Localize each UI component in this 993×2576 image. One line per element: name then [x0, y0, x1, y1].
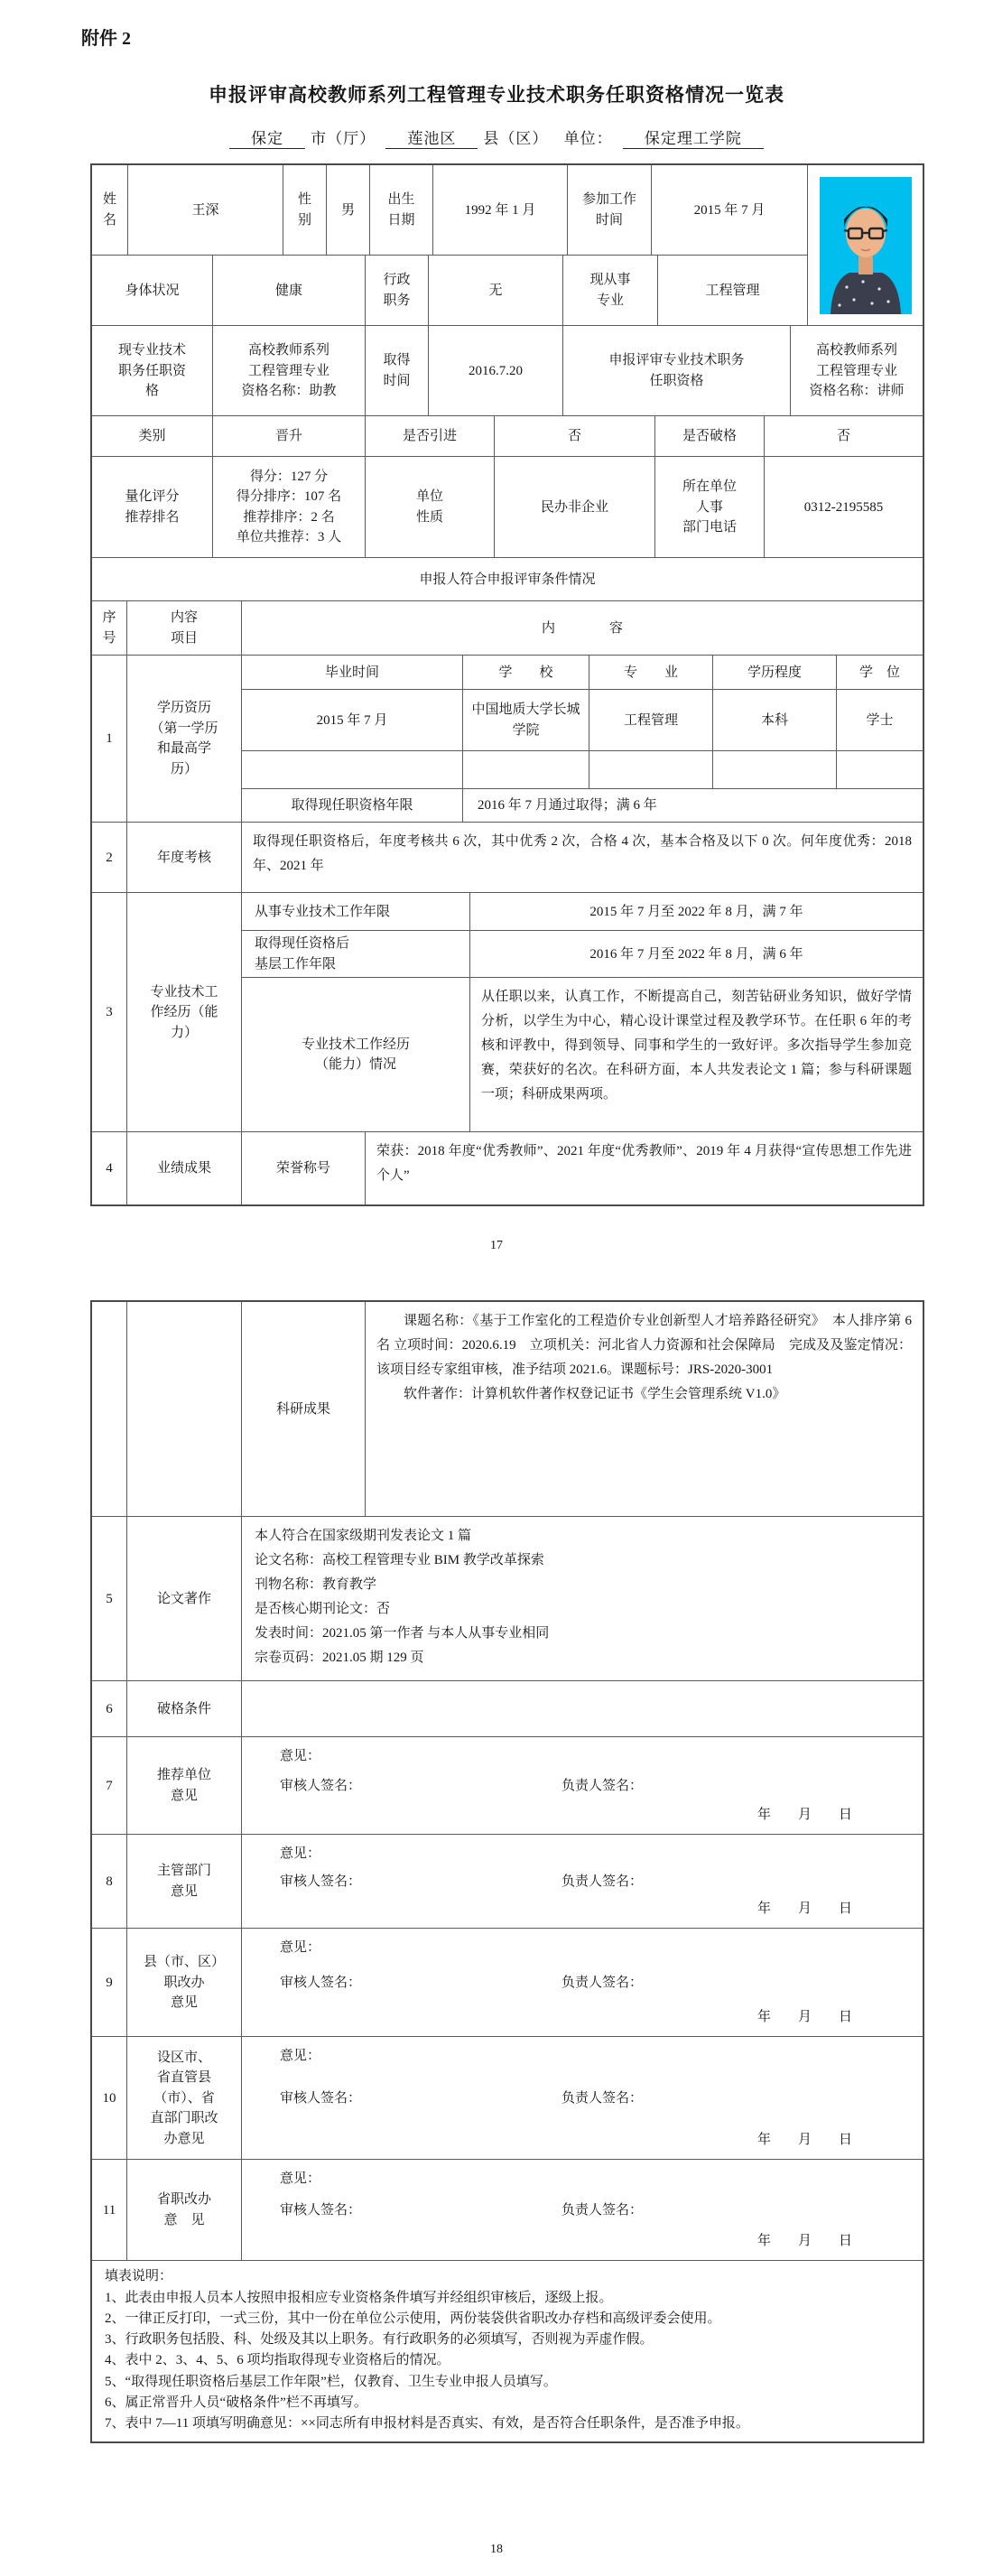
paper-line: 宗卷页码：2021.05 期 129 页 [255, 1646, 912, 1670]
unit-type-label: 单位 性质 [366, 457, 495, 558]
reviewer-signature-label: 审核人签名： [280, 2200, 561, 2221]
row-opinion-8: 8 主管部门 意见 意见： 审核人签名： 负责人签名： 年 月 日 [92, 1835, 923, 1929]
notes-item: 5、“取得现任职资格后基层工作年限”栏，仅教育、卫生专业申报人员填写。 [105, 2372, 910, 2393]
row4-label: 业绩成果 [127, 1132, 242, 1204]
row-papers: 5 论文著作 本人符合在国家级期刊发表论文 1 篇 论文名称：高校工程管理专业 … [92, 1517, 923, 1681]
admin-post-label: 行政 职务 [366, 256, 429, 326]
signature-line: 审核人签名： 负责人签名： [255, 1776, 910, 1797]
region-county: 莲池区 [385, 129, 478, 149]
identity-block: 姓 名 王深 性 别 男 出生 日期 1992 年 1 月 参加 [92, 165, 923, 326]
import-value: 否 [495, 416, 655, 457]
join-label: 参加工作 时间 [568, 165, 652, 256]
conditions-header-row: 申报人符合申报评审条件情况 [92, 558, 923, 601]
notes-block: 填表说明： 1、此表由申报人员本人按照申报相应专业资格条件填写并经组织审核后，逐… [92, 2261, 923, 2441]
edu-empty-cell [242, 751, 463, 789]
opinion9-content: 意见： 审核人签名： 负责人签名： 年 月 日 [242, 1929, 923, 2037]
date-line: 年 月 日 [255, 2231, 910, 2252]
exception-value: 否 [765, 416, 923, 457]
tech-years-value: 2015 年 7 月至 2022 年 8 月，满 7 年 [470, 893, 923, 931]
opinion-label: 意见： [280, 1938, 910, 1958]
edu-header-time: 毕业时间 [242, 656, 463, 690]
id-photo [820, 177, 912, 314]
row1-no: 1 [92, 656, 127, 823]
opinion7-no: 7 [92, 1737, 127, 1835]
research-line-2: 软件著作：计算机软件著作权登记证书《学生会管理系统 V1.0》 [376, 1382, 912, 1407]
row-experience: 3 专业技术工 作经历（能 力） 从事专业技术工作年限 2015 年 7 月至 … [92, 893, 923, 1132]
row6-label: 破格条件 [127, 1681, 242, 1737]
reviewer-signature-label: 审核人签名： [280, 1872, 561, 1892]
opinion8-label: 主管部门 意见 [127, 1835, 242, 1929]
notes-item: 2、一律正反打印，一式三份，其中一份在单位公示使用，两份装袋供省职改办存档和高级… [105, 2309, 910, 2330]
exception-label: 是否破格 [655, 416, 765, 457]
row2-label: 年度考核 [127, 823, 242, 893]
edu-empty-cell [837, 751, 923, 789]
research-label: 科研成果 [242, 1302, 366, 1517]
responsible-signature-label: 负责人签名： [561, 2088, 643, 2109]
responsible-signature-label: 负责人签名： [561, 1973, 643, 1994]
row5-content: 本人符合在国家级期刊发表论文 1 篇 论文名称：高校工程管理专业 BIM 教学改… [242, 1517, 923, 1681]
col-no-header: 序 号 [92, 601, 127, 656]
signature-line: 审核人签名： 负责人签名： [255, 2088, 910, 2109]
honor-label: 荣誉称号 [242, 1132, 366, 1204]
paper-line: 是否核心期刊论文：否 [255, 1597, 912, 1622]
row6-content-empty [242, 1681, 923, 1737]
row-research: 科研成果 课题名称：《基于工作室化的工程造价专业创新型人才培养路径研究》 本人排… [92, 1302, 923, 1517]
honor-value: 荣获：2018 年度“优秀教师”、2021 年度“优秀教师”、2019 年 4 … [366, 1132, 923, 1204]
attachment-label: 附件 2 [81, 23, 993, 50]
edu-major: 工程管理 [589, 690, 713, 751]
region-county-suffix: 县（区） [478, 126, 553, 148]
tech-years-row: 从事专业技术工作年限 2015 年 7 月至 2022 年 8 月，满 7 年 [242, 893, 923, 931]
notes-item: 1、此表由申报人员本人按照申报相应专业资格条件填写并经组织审核后，逐级上报。 [105, 2288, 910, 2309]
responsible-signature-label: 负责人签名： [561, 1872, 643, 1892]
date-line: 年 月 日 [255, 2007, 910, 2028]
grassroots-label: 取得现任资格后 基层工作年限 [242, 931, 470, 978]
seniority-label: 取得现任职资格年限 [242, 789, 463, 823]
unit-type-value: 民办非企业 [495, 457, 655, 558]
paper-line: 本人符合在国家级期刊发表论文 1 篇 [255, 1524, 912, 1548]
opinion11-content: 意见： 审核人签名： 负责人签名： 年 月 日 [242, 2160, 923, 2261]
signature-line: 审核人签名： 负责人签名： [255, 1872, 910, 1892]
row5-label: 论文著作 [127, 1517, 242, 1681]
edu-time: 2015 年 7 月 [242, 690, 463, 751]
grassroots-row: 取得现任资格后 基层工作年限 2016 年 7 月至 2022 年 8 月，满 … [242, 931, 923, 978]
opinion-label: 意见： [280, 1746, 910, 1767]
page-number-18: 18 [0, 2543, 993, 2557]
join-value: 2015 年 7 月 [652, 165, 808, 256]
row2-content: 取得现任职资格后，年度考核共 6 次，其中优秀 2 次，合格 4 次，基本合格及… [242, 823, 923, 893]
notes-item: 6、属正常晋升人员“破格条件”栏不再填写。 [105, 2393, 910, 2413]
research-item-empty [127, 1302, 242, 1517]
responsible-signature-label: 负责人签名： [561, 2200, 643, 2221]
row-exception: 6 破格条件 [92, 1681, 923, 1737]
opinion10-content: 意见： 审核人签名： 负责人签名： 年 月 日 [242, 2037, 923, 2160]
health-row: 身体状况 健康 行政 职务 无 现从事 专业 工程管理 [92, 256, 808, 326]
tech-years-label: 从事专业技术工作年限 [242, 893, 470, 931]
hr-phone-value: 0312-2195585 [765, 457, 923, 558]
seniority-row: 取得现任职资格年限 2016 年 7 月通过取得；满 6 年 [242, 789, 923, 823]
id-photo-cell [808, 165, 923, 326]
opinion-label: 意见： [280, 2169, 910, 2190]
page-number-17: 17 [0, 1239, 993, 1253]
opinion9-label: 县（市、区） 职改办 意见 [127, 1929, 242, 2037]
opinion7-content: 意见： 审核人签名： 负责人签名： 年 月 日 [242, 1737, 923, 1835]
row-opinion-7: 7 推荐单位 意见 意见： 审核人签名： 负责人签名： 年 月 日 [92, 1737, 923, 1835]
row5-no: 5 [92, 1517, 127, 1681]
signature-line: 审核人签名： 负责人签名： [255, 2200, 910, 2221]
notes-title: 填表说明： [105, 2266, 910, 2287]
responsible-signature-label: 负责人签名： [561, 1776, 643, 1797]
unit-name: 保定理工学院 [623, 129, 764, 149]
date-line: 年 月 日 [255, 1805, 910, 1826]
name-row: 姓 名 王深 性 别 男 出生 日期 1992 年 1 月 参加 [92, 165, 808, 256]
research-no-empty [92, 1302, 127, 1517]
opinion9-no: 9 [92, 1929, 127, 2037]
edu-empty-cell [713, 751, 837, 789]
row6-no: 6 [92, 1681, 127, 1737]
region-line: 保定市（厅） 莲池区县（区） 单位： 保定理工学院 [0, 126, 993, 149]
category-row: 类别 晋升 是否引进 否 是否破格 否 [92, 416, 923, 457]
page2-table: 科研成果 课题名称：《基于工作室化的工程造价专业创新型人才培养路径研究》 本人排… [90, 1300, 924, 2443]
admin-post-value: 无 [429, 256, 563, 326]
research-line-1: 课题名称：《基于工作室化的工程造价专业创新型人才培养路径研究》 本人排序第 6 … [376, 1309, 912, 1382]
edu-empty-cell [463, 751, 589, 789]
opinion10-label: 设区市、 省直管县 （市）、省 直部门职改 办意见 [127, 2037, 242, 2160]
edu-header-school: 学 校 [463, 656, 589, 690]
row-achievement: 4 业绩成果 荣誉称号 荣获：2018 年度“优秀教师”、2021 年度“优秀教… [92, 1132, 923, 1204]
health-label: 身体状况 [92, 256, 213, 326]
row-assessment: 2 年度考核 取得现任职资格后，年度考核共 6 次，其中优秀 2 次，合格 4 … [92, 823, 923, 893]
reviewer-signature-label: 审核人签名： [280, 2088, 561, 2109]
form-title: 申报评审高校教师系列工程管理专业技术职务任职资格情况一览表 [0, 80, 993, 107]
edu-empty-cell [589, 751, 713, 789]
conditions-header: 申报人符合申报评审条件情况 [92, 558, 923, 601]
notes-item: 3、行政职务包括股、科、处级及其以上职务。有行政职务的必须填写，否则视为弄虚作假… [105, 2330, 910, 2350]
health-value: 健康 [213, 256, 366, 326]
experience-detail-row: 专业技术工作经历 （能力）情况 从任职以来，认真工作，不断提高自己，刻苦钻研业务… [242, 978, 923, 1132]
score-row: 量化评分 推荐排名 得分：127 分 得分排序：107 名 推荐排序：2 名 单… [92, 457, 923, 558]
edu-header-major: 专 业 [589, 656, 713, 690]
edu-school: 中国地质大学长城学院 [463, 690, 589, 751]
opinion-label: 意见： [280, 1844, 910, 1865]
current-title-label: 现专业技术 职务任职资 格 [92, 326, 213, 416]
row3-no: 3 [92, 893, 127, 1132]
edu-header-degree: 学 位 [837, 656, 923, 690]
reviewer-signature-label: 审核人签名： [280, 1973, 561, 1994]
opinion10-no: 10 [92, 2037, 127, 2160]
opinion8-content: 意见： 审核人签名： 负责人签名： 年 月 日 [242, 1835, 923, 1929]
edu-header-level: 学历程度 [713, 656, 837, 690]
notes-item: 4、表中 2、3、4、5、6 项均指取得现专业资格后的情况。 [105, 2350, 910, 2371]
row3-label: 专业技术工 作经历（能 力） [127, 893, 242, 1132]
category-value: 晋升 [213, 416, 366, 457]
seniority-value: 2016 年 7 月通过取得；满 6 年 [463, 789, 923, 823]
row1-label: 学历资历 （第一学历 和最高学 历） [127, 656, 242, 823]
current-title-row: 现专业技术 职务任职资 格 高校教师系列 工程管理专业 资格名称：助教 取得 时… [92, 326, 923, 416]
opinion7-label: 推荐单位 意见 [127, 1737, 242, 1835]
edu-data-row: 2015 年 7 月 中国地质大学长城学院 工程管理 本科 学士 [242, 690, 923, 751]
signature-line: 审核人签名： 负责人签名： [255, 1973, 910, 1994]
opinion8-no: 8 [92, 1835, 127, 1929]
document-sheet: 附件 2 申报评审高校教师系列工程管理专业技术职务任职资格情况一览表 保定市（厅… [0, 23, 993, 2557]
experience-detail-label: 专业技术工作经历 （能力）情况 [242, 978, 470, 1132]
identity-left: 姓 名 王深 性 别 男 出生 日期 1992 年 1 月 参加 [92, 165, 808, 326]
current-title-value: 高校教师系列 工程管理专业 资格名称：助教 [213, 326, 366, 416]
row-opinion-9: 9 县（市、区） 职改办 意见 意见： 审核人签名： 负责人签名： 年 月 日 [92, 1929, 923, 2037]
edu-degree: 学士 [837, 690, 923, 751]
page1-table: 姓 名 王深 性 别 男 出生 日期 1992 年 1 月 参加 [90, 163, 924, 1206]
row1-content: 毕业时间 学 校 专 业 学历程度 学 位 2015 年 7 月 中国地质大学长… [242, 656, 923, 823]
edu-level: 本科 [713, 690, 837, 751]
notes-row: 填表说明： 1、此表由申报人员本人按照申报相应专业资格条件填写并经组织审核后，逐… [92, 2261, 923, 2441]
experience-detail-value: 从任职以来，认真工作，不断提高自己，刻苦钻研业务知识，做好学情分析，以学生为中心… [470, 978, 923, 1132]
row-opinion-11: 11 省职改办 意 见 意见： 审核人签名： 负责人签名： 年 月 日 [92, 2160, 923, 2261]
reviewer-signature-label: 审核人签名： [280, 1776, 561, 1797]
row3-content: 从事专业技术工作年限 2015 年 7 月至 2022 年 8 月，满 7 年 … [242, 893, 923, 1132]
date-line: 年 月 日 [255, 2130, 910, 2151]
obtain-time-label: 取得 时间 [366, 326, 429, 416]
opinion-label: 意见： [280, 2046, 910, 2067]
paper-line: 论文名称：高校工程管理专业 BIM 教学改革探索 [255, 1548, 912, 1573]
apply-title-label: 申报评审专业技术职务 任职资格 [563, 326, 791, 416]
research-content: 课题名称：《基于工作室化的工程造价专业创新型人才培养路径研究》 本人排序第 6 … [366, 1302, 923, 1517]
import-label: 是否引进 [366, 416, 495, 457]
sex-label: 性 别 [283, 165, 327, 256]
grassroots-value: 2016 年 7 月至 2022 年 8 月，满 6 年 [470, 931, 923, 978]
edu-empty-row [242, 751, 923, 789]
birth-label: 出生 日期 [370, 165, 433, 256]
paper-line: 发表时间：2021.05 第一作者 与本人从事专业相同 [255, 1622, 912, 1646]
category-label: 类别 [92, 416, 213, 457]
name-label: 姓 名 [92, 165, 128, 256]
col-content-header: 内 容 [242, 601, 923, 656]
birth-value: 1992 年 1 月 [433, 165, 568, 256]
name-value: 王深 [128, 165, 283, 256]
unit-label: 单位： [559, 126, 618, 148]
sex-value: 男 [327, 165, 370, 256]
edu-header-row: 毕业时间 学 校 专 业 学历程度 学 位 [242, 656, 923, 690]
row2-no: 2 [92, 823, 127, 893]
region-city: 保定 [229, 129, 305, 149]
current-major-value: 工程管理 [658, 256, 808, 326]
paper-line: 刊物名称：教育教学 [255, 1573, 912, 1597]
notes-item: 7、表中 7—11 项填写明确意见：××同志所有申报材料是否真实、有效，是否符合… [105, 2413, 910, 2434]
hr-phone-label: 所在单位 人事 部门电话 [655, 457, 765, 558]
current-major-label: 现从事 专业 [563, 256, 658, 326]
row-education: 1 学历资历 （第一学历 和最高学 历） 毕业时间 学 校 专 业 学历程度 学… [92, 656, 923, 823]
score-values: 得分：127 分 得分排序：107 名 推荐排序：2 名 单位共推荐：3 人 [213, 457, 366, 558]
row4-no: 4 [92, 1132, 127, 1204]
opinion11-label: 省职改办 意 见 [127, 2160, 242, 2261]
region-city-suffix: 市（厅） [305, 126, 381, 148]
columns-header-row: 序 号 内容 项目 内 容 [92, 601, 923, 656]
col-item-header: 内容 项目 [127, 601, 242, 656]
apply-title-value: 高校教师系列 工程管理专业 资格名称：讲师 [791, 326, 923, 416]
score-label: 量化评分 推荐排名 [92, 457, 213, 558]
row-opinion-10: 10 设区市、 省直管县 （市）、省 直部门职改 办意见 意见： 审核人签名： … [92, 2037, 923, 2160]
obtain-time-value: 2016.7.20 [429, 326, 563, 416]
date-line: 年 月 日 [255, 1899, 910, 1920]
opinion11-no: 11 [92, 2160, 127, 2261]
